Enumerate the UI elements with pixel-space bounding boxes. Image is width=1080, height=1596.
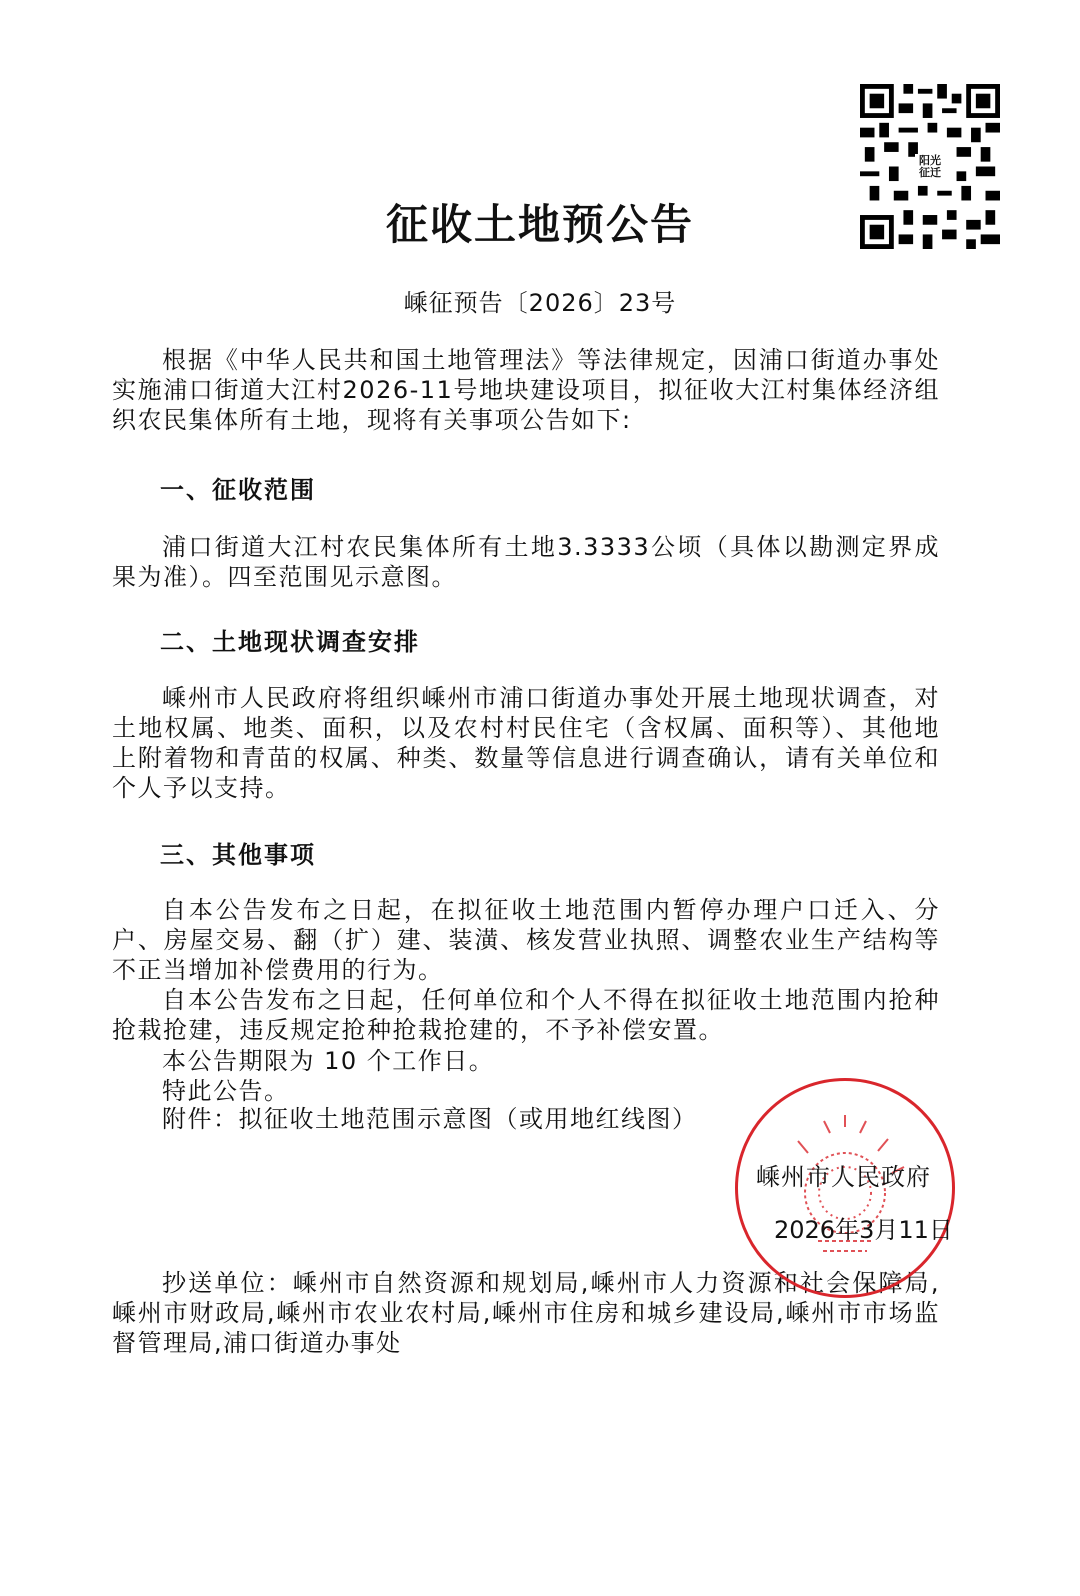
intro-paragraph: 根据《中华人民共和国土地管理法》等法律规定，因浦口街道办事处实施浦口街道大江村2… [112,345,940,435]
notice-period: 本公告期限为 10 个工作日。 [162,1046,862,1076]
issuing-authority: 嵊州市人民政府 [756,1157,931,1192]
section-heading-other: 三、其他事项 [160,835,316,870]
qr-center-label: 阳光征迁 [915,154,945,180]
section-heading-scope: 一、征收范围 [160,470,316,505]
document-number: 嵊征预告〔2026〕23号 [0,283,1080,318]
page-title: 征收土地预公告 [0,192,1080,252]
issue-date: 2026年3月11日 [774,1210,953,1245]
section-paragraph: 浦口街道大江村农民集体所有土地3.3333公顷（具体以勘测定界成果为准）。四至范… [112,532,940,592]
section-paragraph: 自本公告发布之日起，在拟征收土地范围内暂停办理户口迁入、分户、房屋交易、翻（扩）… [112,895,940,985]
section-heading-survey: 二、土地现状调查安排 [160,622,420,657]
section-paragraph: 自本公告发布之日起，任何单位和个人不得在拟征收土地范围内抢种抢栽抢建，违反规定抢… [112,985,940,1045]
section-paragraph: 嵊州市人民政府将组织嵊州市浦口街道办事处开展土地现状调查，对土地权属、地类、面积… [112,683,940,803]
announcement-page: 阳光征迁 征收土地预公告 嵊征预告〔2026〕23号 根据《中华人民共和国土地管… [0,0,1080,1596]
